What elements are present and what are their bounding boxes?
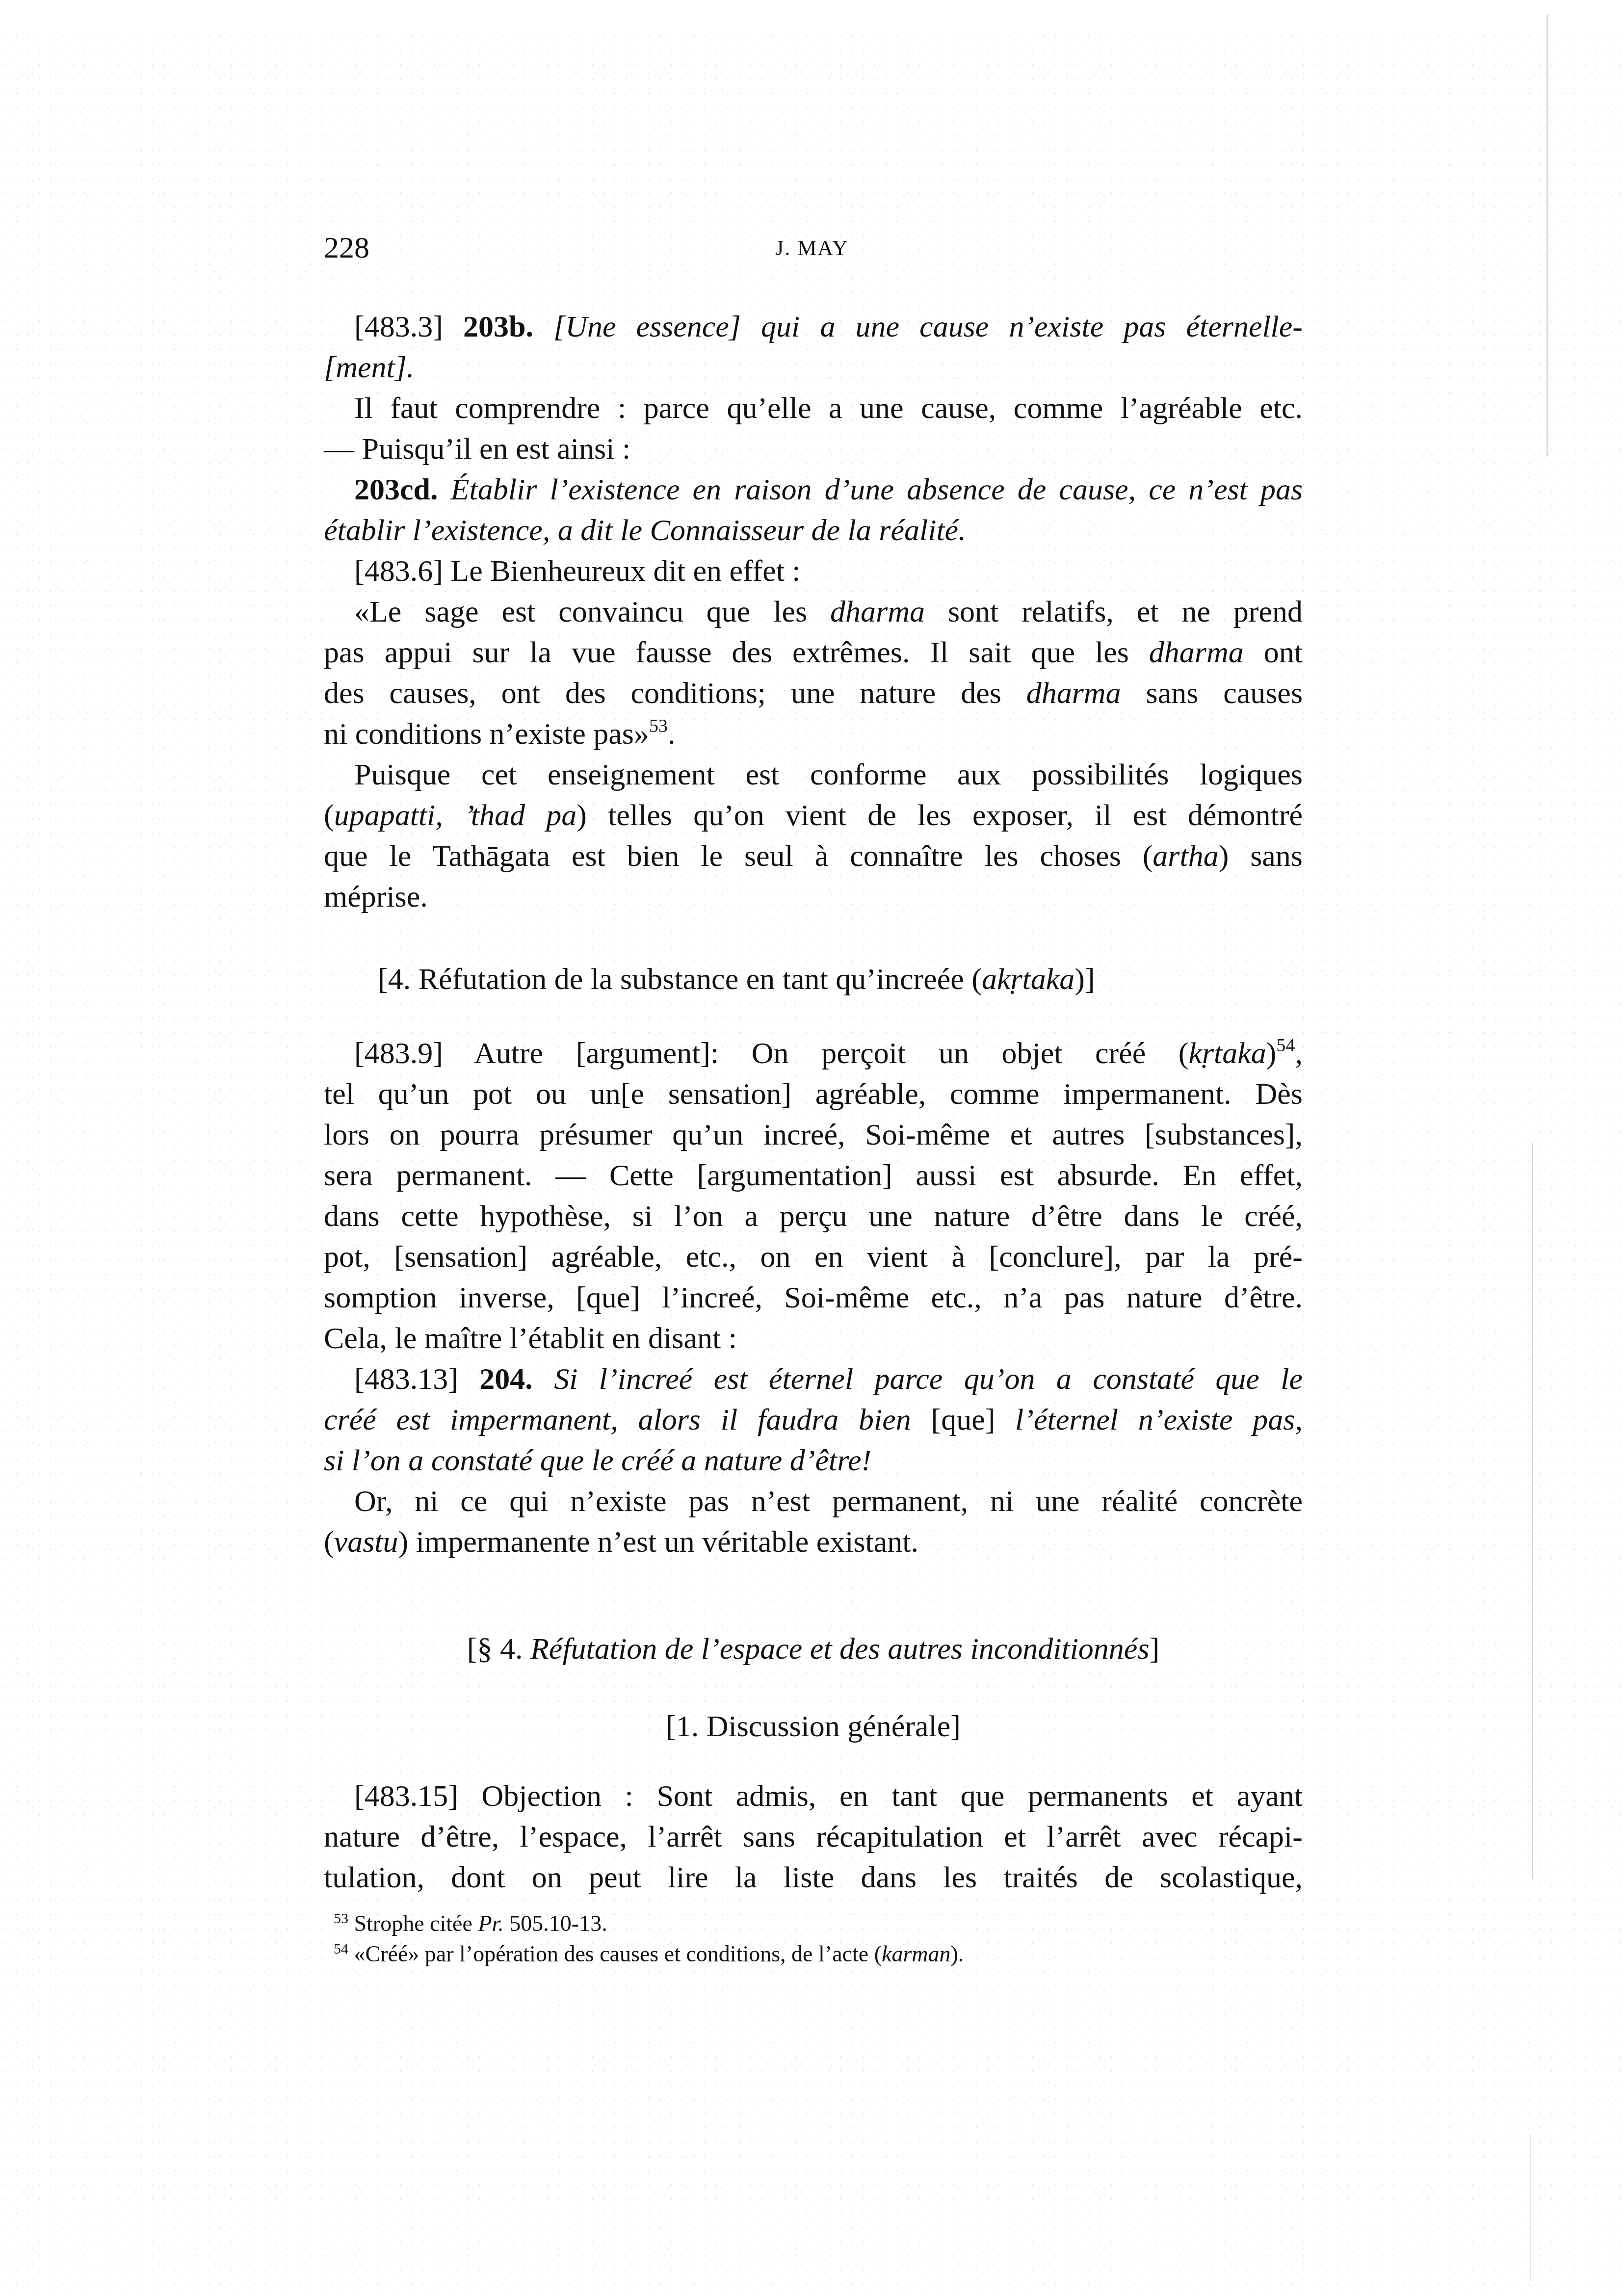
text-line: sera permanent. — Cette [argumentation] … xyxy=(324,1155,1303,1196)
text-line: tel qu’un pot ou un[e sensation] agréabl… xyxy=(324,1074,1303,1115)
paragraph-203b: [483.3] 203b. [Une essence] qui a une ca… xyxy=(324,307,1303,388)
text-line: [483.15] Objection : Sont admis, en tant… xyxy=(324,1776,1303,1817)
text-line: [483.13] 204. Si l’increé est éternel pa… xyxy=(324,1359,1303,1400)
text-line: [483.6] Le Bienheureux dit en effet : xyxy=(324,551,1303,592)
section-heading-4: [4. Réfutation de la substance en tant q… xyxy=(324,959,1303,1000)
footnote-ref-54[interactable]: 54 xyxy=(1277,1035,1295,1056)
text-line: établir l’existence, a dit le Connaisseu… xyxy=(324,510,1303,551)
paragraph-483-6: [483.6] Le Bienheureux dit en effet : xyxy=(324,551,1303,592)
subsection-heading-1: [1. Discussion générale] xyxy=(324,1706,1303,1747)
text-line: pas appui sur la vue fausse des extrêmes… xyxy=(324,632,1303,673)
heading-text: [§ 4. Réfutation de l’espace et des autr… xyxy=(324,1629,1303,1670)
running-head: J. MAY xyxy=(324,235,1300,261)
paragraph-commentary: Il faut comprendre : parce qu’elle a une… xyxy=(324,388,1303,470)
text-line: — Puisqu’il en est ainsi : xyxy=(324,429,1303,470)
text-line: (upapatti, ’thad pa) telles qu’on vient … xyxy=(324,795,1303,836)
paragraph-483-15: [483.15] Objection : Sont admis, en tant… xyxy=(324,1776,1303,1898)
text-line: tulation, dont on peut lire la liste dan… xyxy=(324,1857,1303,1898)
scan-artifact-line xyxy=(1546,15,1548,456)
text-line: Or, ni ce qui n’existe pas n’est permane… xyxy=(324,1481,1303,1522)
text-line: créé est impermanent, alors il faudra bi… xyxy=(324,1400,1303,1440)
text-line: des causes, ont des conditions; une natu… xyxy=(324,673,1303,714)
verse-text: Si l’increé est éternel parce qu’on a co… xyxy=(554,1362,1303,1396)
paragraph-204: [483.13] 204. Si l’increé est éternel pa… xyxy=(324,1359,1303,1481)
reference-marker: [483.13] xyxy=(354,1362,458,1396)
paragraph-quotation: «Le sage est convaincu que les dharma so… xyxy=(324,592,1303,755)
footnote-53: 53 Strophe citée Pr. 505.10-13. xyxy=(324,1908,1303,1939)
section-heading-para-4: [§ 4. Réfutation de l’espace et des autr… xyxy=(324,1629,1303,1670)
text-line: nature d’être, l’espace, l’arrêt sans ré… xyxy=(324,1817,1303,1857)
text-line: [483.3] 203b. [Une essence] qui a une ca… xyxy=(324,307,1303,347)
text-line: que le Tathāgata est bien le seul à conn… xyxy=(324,836,1303,877)
scan-artifact-line xyxy=(1532,1143,1533,1879)
verse-number: 203cd. xyxy=(354,473,438,506)
text-line: méprise. xyxy=(324,877,1303,917)
footnote-ref-53[interactable]: 53 xyxy=(649,716,668,736)
paragraph-vastu: Or, ni ce qui n’existe pas n’est permane… xyxy=(324,1481,1303,1563)
text-line: (vastu) impermanente n’est un véritable … xyxy=(324,1522,1303,1563)
footnotes: 53 Strophe citée Pr. 505.10-13. 54 «Créé… xyxy=(324,1908,1303,1969)
verse-number: 203b. xyxy=(463,310,533,343)
verse-text: [Une essence] qui a une cause n’existe p… xyxy=(553,310,1303,343)
text-line: si l’on a constaté que le créé a nature … xyxy=(324,1440,1303,1481)
footnote-number: 53 xyxy=(334,1910,348,1927)
verse-number: 204. xyxy=(479,1362,533,1396)
text-line: Il faut comprendre : parce qu’elle a une… xyxy=(324,388,1303,429)
text-line: lors on pourra présumer qu’un increé, So… xyxy=(324,1115,1303,1155)
text-line: Puisque cet enseignement est conforme au… xyxy=(324,755,1303,795)
page-header: 228 J. MAY xyxy=(324,231,1300,270)
text-line: ni conditions n’existe pas»53. xyxy=(324,714,1303,755)
paragraph-483-9: [483.9] Autre [argument]: On perçoit un … xyxy=(324,1033,1303,1359)
text-line: [483.9] Autre [argument]: On perçoit un … xyxy=(324,1033,1303,1074)
text-line: 203cd. Établir l’existence en raison d’u… xyxy=(324,470,1303,510)
verse-text: Établir l’existence en raison d’une abse… xyxy=(451,473,1303,506)
heading-text: [1. Discussion générale] xyxy=(324,1706,1303,1747)
text-line: Cela, le maître l’établit en disant : xyxy=(324,1318,1303,1359)
scan-artifact-line xyxy=(1530,2134,1531,2281)
text-line: pot, [sensation] agréable, etc., on en v… xyxy=(324,1237,1303,1278)
paragraph-203cd: 203cd. Établir l’existence en raison d’u… xyxy=(324,470,1303,551)
reference-marker: [483.3] xyxy=(354,310,443,343)
heading-text: [4. Réfutation de la substance en tant q… xyxy=(324,959,1303,1000)
footnote-54: 54 «Créé» par l’opération des causes et … xyxy=(324,1939,1303,1969)
text-line: somption inverse, [que] l’increé, Soi-mê… xyxy=(324,1278,1303,1318)
text-line: «Le sage est convaincu que les dharma so… xyxy=(324,592,1303,632)
paragraph-conclusion: Puisque cet enseignement est conforme au… xyxy=(324,755,1303,917)
footnote-number: 54 xyxy=(334,1941,348,1957)
text-line: dans cette hypothèse, si l’on a perçu un… xyxy=(324,1196,1303,1237)
text-line: [ment]. xyxy=(324,347,1303,388)
